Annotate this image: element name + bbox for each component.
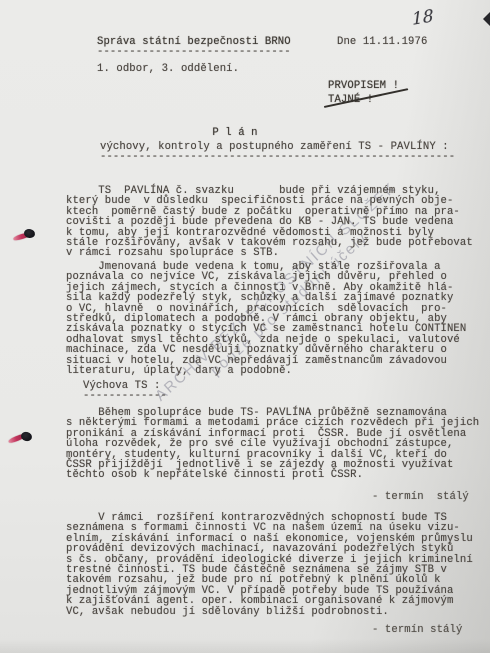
document-subtitle-underline: ----------------------------------------… xyxy=(100,152,455,162)
term-note-2: - termín stálý xyxy=(372,625,462,635)
binding-hole-top xyxy=(12,226,46,252)
paragraph-2: Jmenovaná bude vedena k tomu, aby stále … xyxy=(66,262,490,376)
binding-hole-bottom xyxy=(8,427,42,453)
issuing-office-underline: ------------------------------ xyxy=(97,47,291,57)
handwritten-page-number: 18 xyxy=(412,6,434,29)
paragraph-1: TS PAVLÍNA č. svazku bude při vzájemném … xyxy=(66,186,490,259)
paragraph-4: V rámci rozšíření kontrarozvědných schop… xyxy=(66,513,490,617)
department-line: 1. odbor, 3. oddělení. xyxy=(97,64,239,74)
copy-note: PRVOPISEM ! xyxy=(328,81,399,91)
document-page: ARCHIV BEZPEČNOSTNÍCH SLOŽEK pouze pro s… xyxy=(0,0,490,653)
document-title: P l á n xyxy=(0,128,470,138)
scan-edge-mark xyxy=(483,12,490,26)
section-heading-underline: ------------- xyxy=(83,391,167,401)
document-date: Dne 11.11.1976 xyxy=(337,37,427,47)
scan-bottom-shadow xyxy=(0,639,490,653)
term-note-1: - termín stálý xyxy=(372,492,469,502)
paragraph-3: Během spolupráce bude TS- PAVLÍNA průběž… xyxy=(66,408,490,481)
binding-hole-icon xyxy=(20,431,33,443)
